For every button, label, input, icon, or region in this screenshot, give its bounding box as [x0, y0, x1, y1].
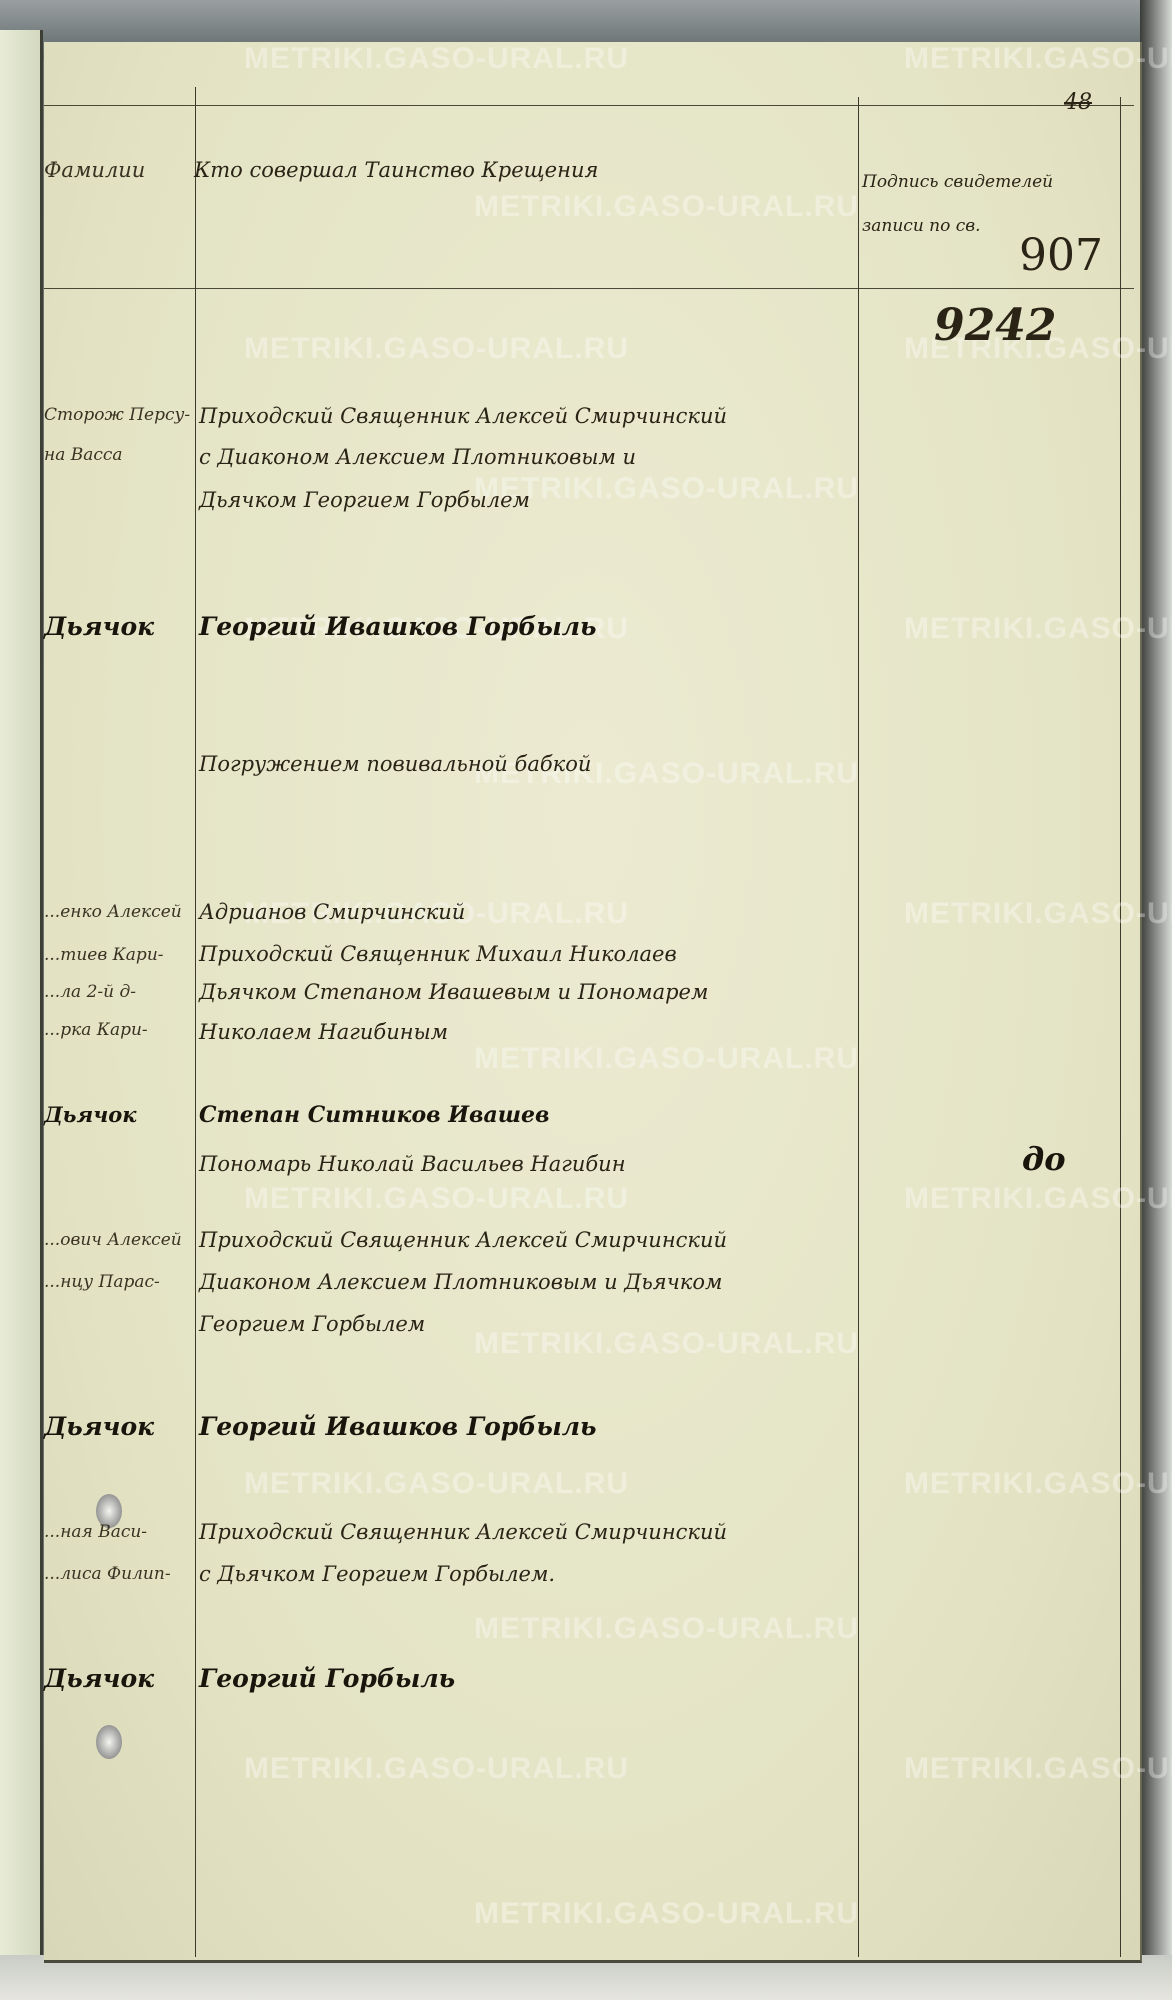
register-page: METRIKI.GASO-URAL.RU METRIKI.GASO-URAL.R… [44, 42, 1142, 1963]
entry-3-left-line2: ...тиев Кари- [44, 945, 164, 965]
record-number: 9242 [934, 300, 1056, 351]
entry-1-signature: Георгий Ивашков Горбыль [199, 612, 597, 641]
entry-3-signature: Степан Ситников Ивашев [199, 1102, 549, 1128]
entry-5-left-line2: ...лиса Филип- [44, 1564, 171, 1584]
entry-4-left-line1: ...ович Алексей [44, 1230, 182, 1250]
entry-1-line1: Приходский Священник Алексей Смирчинский [199, 404, 727, 428]
header-col1: Фамилии [44, 158, 145, 182]
entry-1-signature-left: Дьячок [44, 612, 154, 641]
binding-hole [96, 1725, 122, 1759]
watermark: METRIKI.GASO-URAL.RU [244, 332, 629, 366]
watermark: METRIKI.GASO-URAL.RU [904, 42, 1172, 76]
entry-1-line3: Дьячком Георгием Горбылем [199, 488, 530, 512]
entry-5-line1: Приходский Священник Алексей Смирчинский [199, 1520, 727, 1544]
entry-3-line3: Дьячком Степаном Ивашевым и Пономарем [199, 980, 708, 1004]
entry-4-line3: Георгием Горбылем [199, 1312, 425, 1336]
entry-3-left-line1: ...енко Алексей [44, 902, 182, 922]
entry-4-line1: Приходский Священник Алексей Смирчинский [199, 1228, 727, 1252]
entry-2-line1: Погружением повивальной бабкой [199, 752, 591, 776]
entry-3-left-line3: ...ла 2-й д- [44, 982, 136, 1002]
scan-background-right [1140, 0, 1172, 2000]
watermark: METRIKI.GASO-URAL.RU [244, 1752, 629, 1786]
watermark: METRIKI.GASO-URAL.RU [474, 1897, 859, 1931]
column-rule-1 [195, 87, 196, 1957]
header-col2: Кто совершал Таинство Крещения [194, 158, 598, 182]
watermark: METRIKI.GASO-URAL.RU [244, 1182, 629, 1216]
watermark: METRIKI.GASO-URAL.RU [474, 190, 859, 224]
entry-4-signature: Георгий Ивашков Горбыль [199, 1412, 597, 1441]
entry-3-line2: Приходский Священник Михаил Николаев [199, 942, 677, 966]
entry-5-signature-left: Дьячок [44, 1664, 154, 1693]
watermark: METRIKI.GASO-URAL.RU [474, 1327, 859, 1361]
page-number: 48 [1064, 90, 1092, 115]
watermark: METRIKI.GASO-URAL.RU [904, 1467, 1172, 1501]
entry-3-signature-2: Пономарь Николай Васильев Нагибин [199, 1152, 626, 1176]
watermark: METRIKI.GASO-URAL.RU [904, 897, 1172, 931]
watermark: METRIKI.GASO-URAL.RU [474, 1612, 859, 1646]
entry-3-left-line4: ...рка Кари- [44, 1020, 148, 1040]
entry-3-line4: Николаем Нагибиным [199, 1020, 448, 1044]
entry-5-left-line1: ...ная Васи- [44, 1522, 147, 1542]
entry-3-signature-left: Дьячок [44, 1102, 136, 1127]
entry-5-signature: Георгий Горбыль [199, 1664, 455, 1693]
previous-page-edge [0, 30, 43, 1970]
entry-4-line2: Диаконом Алексием Плотниковым и Дьячком [199, 1270, 722, 1294]
column-rule-3 [1120, 97, 1121, 1957]
entry-3-right-note: до [1022, 1140, 1066, 1178]
register-number-907: 907 [1019, 230, 1103, 281]
watermark: METRIKI.GASO-URAL.RU [244, 1467, 629, 1501]
header-top-rule [44, 105, 1134, 106]
watermark: METRIKI.GASO-URAL.RU [904, 612, 1172, 646]
entry-1-line2: с Диаконом Алексием Плотниковым и [199, 445, 636, 469]
watermark: METRIKI.GASO-URAL.RU [474, 1042, 859, 1076]
watermark: METRIKI.GASO-URAL.RU [904, 1182, 1172, 1216]
watermark: METRIKI.GASO-URAL.RU [244, 42, 629, 76]
header-bottom-rule [44, 288, 1134, 289]
entry-1-left-line1: Сторож Персу- [44, 405, 190, 425]
entry-4-left-line2: ...нцу Парас- [44, 1272, 160, 1292]
entry-4-signature-left: Дьячок [44, 1412, 154, 1441]
entry-1-left-line2: на Васса [44, 445, 123, 465]
watermark: METRIKI.GASO-URAL.RU [474, 472, 859, 506]
column-rule-2 [858, 97, 859, 1957]
watermark: METRIKI.GASO-URAL.RU [904, 1752, 1172, 1786]
entry-5-line2: с Дьячком Георгием Горбылем. [199, 1562, 555, 1586]
entry-3-line1: Адрианов Смирчинский [199, 900, 465, 924]
